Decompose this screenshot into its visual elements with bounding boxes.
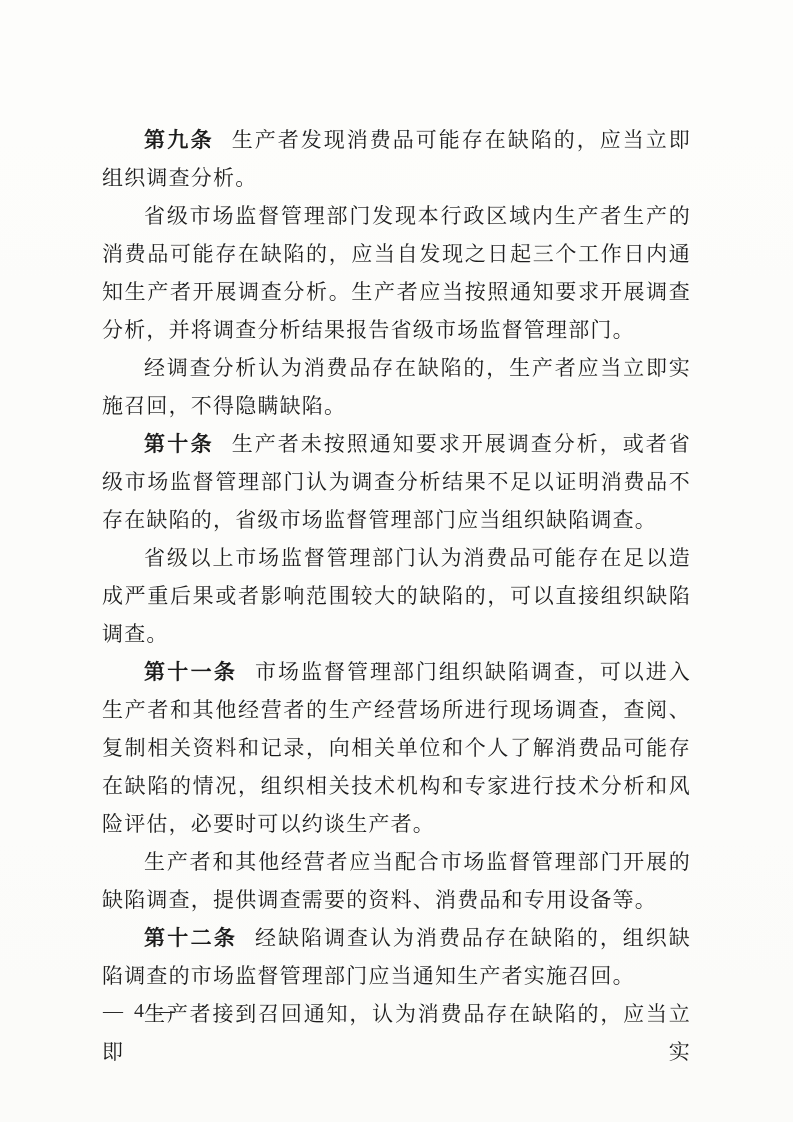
article-9-number-label: 第九条 — [144, 128, 214, 152]
paragraph-text: 经调查分析认为消费品存在缺陷的，生产者应当立即实施召回，不得隐瞒缺陷。 — [102, 356, 691, 418]
document-text-block: 第九条生产者发现消费品可能存在缺陷的，应当立即组织调查分析。 省级市场监督管理部… — [102, 121, 691, 1071]
paragraph-text: 省级以上市场监督管理部门认为消费品可能存在足以造成严重后果或者影响范围较大的缺陷… — [102, 546, 691, 646]
article-11-opening-paragraph: 第十一条市场监督管理部门组织缺陷调查，可以进入生产者和其他经营者的生产经营场所进… — [102, 653, 691, 843]
article-10-number-label: 第十条 — [144, 432, 214, 456]
article-11-paragraph-2: 生产者和其他经营者应当配合市场监督管理部门开展的缺陷调查，提供调查需要的资料、消… — [102, 843, 691, 919]
paragraph-text: 生产者接到召回通知，认为消费品存在缺陷的，应当立即实 — [102, 1002, 691, 1064]
article-9-paragraph-2: 省级市场监督管理部门发现本行政区域内生产者生产的消费品可能存在缺陷的，应当自发现… — [102, 197, 691, 349]
paragraph-text: 生产者和其他经营者应当配合市场监督管理部门开展的缺陷调查，提供调查需要的资料、消… — [102, 850, 691, 912]
article-11-number-label: 第十一条 — [144, 660, 237, 684]
article-9-paragraph-3: 经调查分析认为消费品存在缺陷的，生产者应当立即实施召回，不得隐瞒缺陷。 — [102, 349, 691, 425]
article-9-opening-paragraph: 第九条生产者发现消费品可能存在缺陷的，应当立即组织调查分析。 — [102, 121, 691, 197]
article-12-opening-paragraph: 第十二条经缺陷调查认为消费品存在缺陷的，组织缺陷调查的市场监督管理部门应当通知生… — [102, 919, 691, 995]
article-12-number-label: 第十二条 — [144, 926, 237, 950]
paragraph-text: 市场监督管理部门组织缺陷调查，可以进入生产者和其他经营者的生产经营场所进行现场调… — [102, 660, 691, 836]
page-number: — 4 — — [103, 1000, 178, 1023]
paragraph-text: 省级市场监督管理部门发现本行政区域内生产者生产的消费品可能存在缺陷的，应当自发现… — [102, 204, 691, 342]
article-10-opening-paragraph: 第十条生产者未按照通知要求开展调查分析，或者省级市场监督管理部门认为调查分析结果… — [102, 425, 691, 539]
article-10-paragraph-2: 省级以上市场监督管理部门认为消费品可能存在足以造成严重后果或者影响范围较大的缺陷… — [102, 539, 691, 653]
article-12-paragraph-2-truncated: 生产者接到召回通知，认为消费品存在缺陷的，应当立即实 — [102, 995, 691, 1071]
document-page: 第九条生产者发现消费品可能存在缺陷的，应当立即组织调查分析。 省级市场监督管理部… — [0, 0, 793, 1122]
